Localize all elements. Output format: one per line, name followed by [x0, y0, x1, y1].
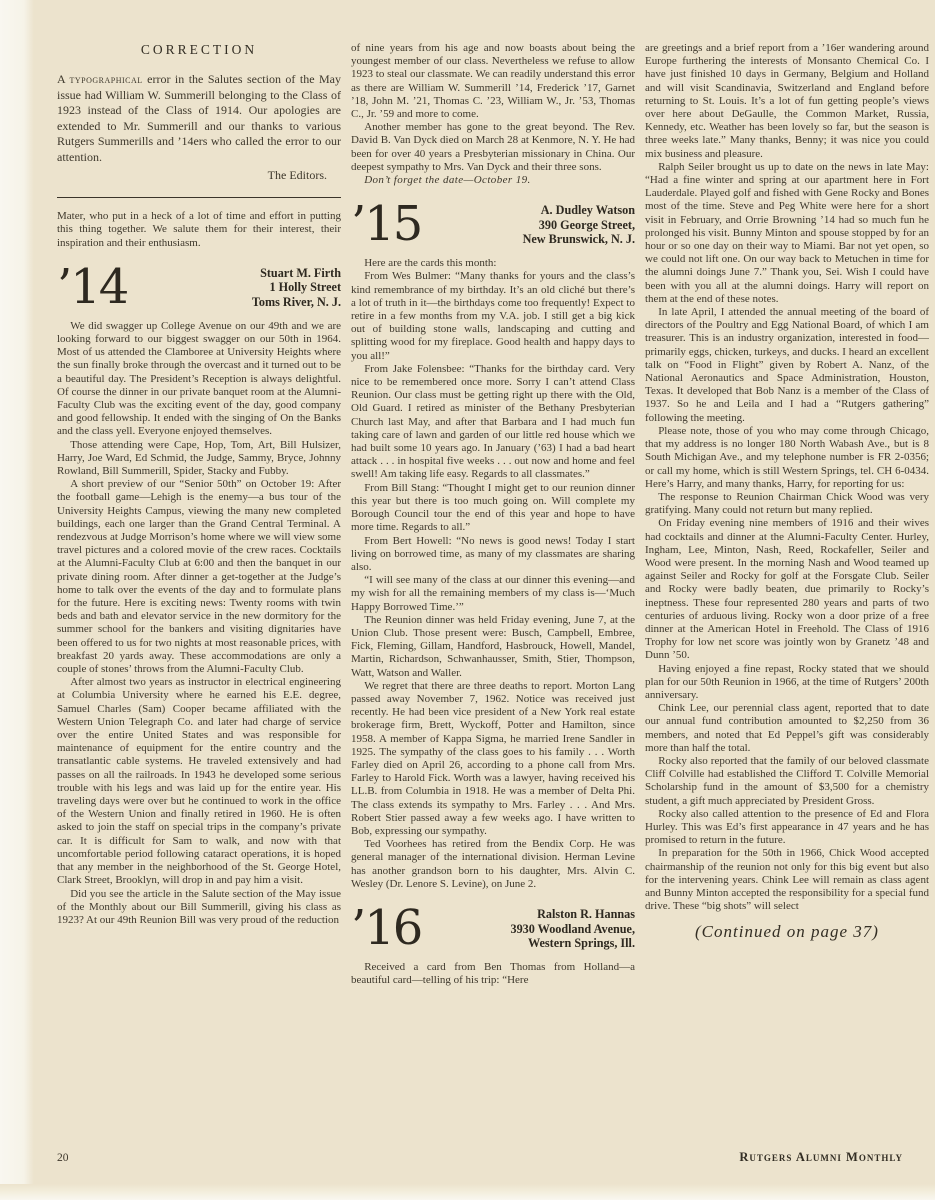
paragraph: Received a card from Ben Thomas from Hol… [351, 961, 635, 987]
correspondent-name: Ralston R. Hannas [421, 907, 635, 922]
class-1915-correspondent: A. Dudley Watson 390 George Street, New … [421, 201, 635, 247]
class-1914-year: ’14 [57, 264, 127, 310]
paragraph: Did you see the article in the Salute se… [57, 888, 341, 928]
scan-edge-left [0, 0, 34, 1200]
paragraph: We regret that there are three deaths to… [351, 680, 635, 838]
class-1915-year: ’15 [351, 201, 421, 247]
correction-body: A typographical error in the Salutes sec… [57, 72, 341, 166]
class-1914-correspondent: Stuart M. Firth 1 Holly Street Toms Rive… [127, 264, 341, 310]
paragraph: The response to Reunion Chairman Chick W… [645, 491, 929, 517]
paragraph: “I will see many of the class at our din… [351, 574, 635, 614]
paragraph: In preparation for the 50th in 1966, Chi… [645, 847, 929, 913]
paragraph: From Jake Folensbee: “Thanks for the bir… [351, 363, 635, 482]
reminder-note: Don’t forget the date—October 19. [351, 174, 635, 187]
scan-edge-bottom [0, 1184, 935, 1200]
paragraph: Here are the cards this month: [351, 257, 635, 270]
paragraph: In late April, I attended the annual mee… [645, 306, 929, 425]
continuation-paragraph: Mater, who put in a heck of a lot of tim… [57, 210, 341, 250]
magazine-title: Rutgers Alumni Monthly [739, 1150, 903, 1165]
paragraph: A short preview of our “Senior 50th” on … [57, 478, 341, 676]
correspondent-name: Stuart M. Firth [127, 266, 341, 281]
correspondent-address-line2: New Brunswick, N. J. [421, 232, 635, 247]
paragraph: Another member has gone to the great bey… [351, 121, 635, 174]
correspondent-address-line2: Toms River, N. J. [127, 295, 341, 310]
continued-on-page-note: (Continued on page 37) [645, 921, 929, 943]
column-right: are greetings and a brief report from a … [645, 38, 929, 1153]
paragraph: Rocky also called attention to the prese… [645, 808, 929, 848]
paragraph: Those attending were Cape, Hop, Tom, Art… [57, 439, 341, 479]
paragraph: Please note, those of you who may come t… [645, 425, 929, 491]
correspondent-address-line1: 390 George Street, [421, 218, 635, 233]
correspondent-name: A. Dudley Watson [421, 203, 635, 218]
page-number: 20 [57, 1152, 69, 1164]
column-middle: of nine years from his age and now boast… [351, 38, 635, 1153]
paragraph: From Wes Bulmer: “Many thanks for yours … [351, 270, 635, 362]
paragraph: Chink Lee, our perennial class agent, re… [645, 702, 929, 755]
column-layout: CORRECTION A typographical error in the … [57, 38, 929, 1153]
column-left: CORRECTION A typographical error in the … [57, 38, 341, 1153]
paragraph: Having enjoyed a fine repast, Rocky stat… [645, 663, 929, 703]
continuation-paragraph: are greetings and a brief report from a … [645, 42, 929, 161]
paragraph: The Reunion dinner was held Friday eveni… [351, 614, 635, 680]
correction-box: CORRECTION A typographical error in the … [57, 42, 341, 183]
correction-lead: A [57, 72, 65, 86]
class-1915-header: ’15 A. Dudley Watson 390 George Street, … [351, 201, 635, 247]
page-footer: 20 Rutgers Alumni Monthly [57, 1150, 903, 1165]
paragraph: Rocky also reported that the family of o… [645, 755, 929, 808]
correction-signature: The Editors. [57, 168, 341, 184]
paragraph: We did swagger up College Avenue on our … [57, 320, 341, 439]
paragraph: Ted Voorhees has retired from the Bendix… [351, 838, 635, 891]
class-1916-correspondent: Ralston R. Hannas 3930 Woodland Avenue, … [421, 905, 635, 951]
paragraph: On Friday evening nine members of 1916 a… [645, 517, 929, 662]
paragraph: After almost two years as instructor in … [57, 676, 341, 887]
paragraph: From Bill Stang: “Thought I might get to… [351, 482, 635, 535]
paragraph: Ralph Seiler brought us up to date on th… [645, 161, 929, 306]
class-1916-year: ’16 [351, 905, 421, 951]
divider-rule [57, 197, 341, 198]
correspondent-address-line1: 3930 Woodland Avenue, [421, 922, 635, 937]
correction-smallcaps-word: typographical [69, 72, 142, 86]
paragraph: From Bert Howell: “No news is good news!… [351, 535, 635, 575]
correspondent-address-line2: Western Springs, Ill. [421, 936, 635, 951]
class-1914-header: ’14 Stuart M. Firth 1 Holly Street Toms … [57, 264, 341, 310]
correction-title: CORRECTION [57, 42, 341, 58]
continuation-paragraph: of nine years from his age and now boast… [351, 42, 635, 121]
class-1916-header: ’16 Ralston R. Hannas 3930 Woodland Aven… [351, 905, 635, 951]
correspondent-address-line1: 1 Holly Street [127, 280, 341, 295]
